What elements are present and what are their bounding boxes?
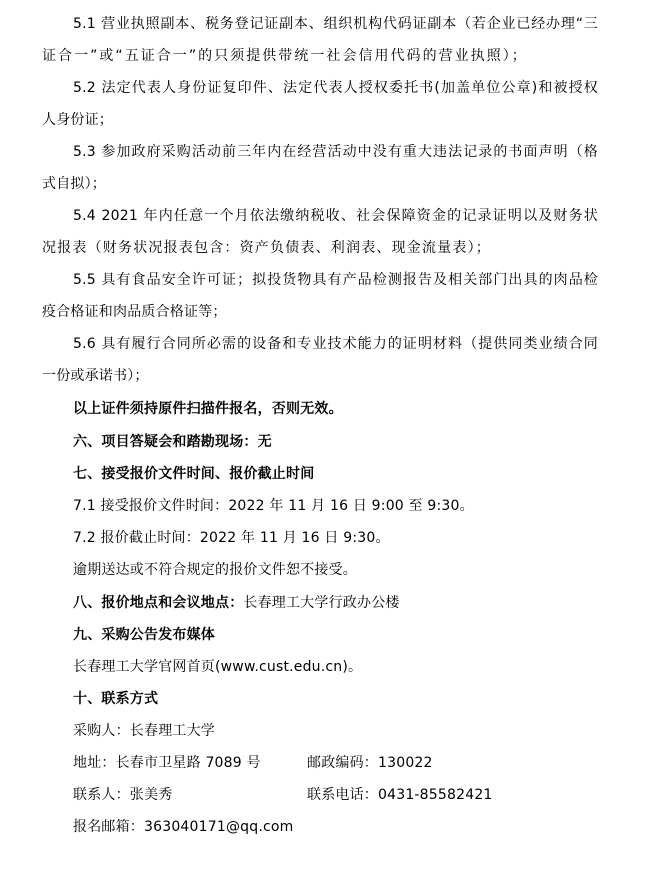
item-5-1-line1: 5.1 营业执照副本、税务登记证副本、组织机构代码证副本（若企业已经办理“三 [73, 14, 598, 34]
item-5-6-line2: 一份或承诺书）； [42, 366, 149, 386]
section-9-media: 长春理工大学官网首页(www.cust.edu.cn)。 [73, 657, 362, 677]
contact-email: 报名邮箱：363040171@qq.com [73, 817, 294, 837]
section-8-heading: 八、报价地点和会议地点： [73, 595, 243, 611]
item-5-1-line2: 证合一”或“五证合一”的只须提供带统一社会信用代码的营业执照）； [42, 46, 526, 66]
section-9-heading: 九、采购公告发布媒体 [73, 625, 215, 645]
section-8-location: 长春理工大学行政办公楼 [243, 595, 399, 611]
item-5-2-line2: 人身份证； [42, 110, 113, 130]
section-8-row: 八、报价地点和会议地点：长春理工大学行政办公楼 [73, 593, 400, 613]
contact-postcode: 邮政编码：130022 [307, 753, 433, 773]
section-6-heading: 六、项目答疑会和踏勘现场：无 [73, 432, 272, 452]
document-page: 5.1 营业执照副本、税务登记证副本、组织机构代码证副本（若企业已经办理“三 证… [0, 0, 645, 881]
item-5-2-line1: 5.2 法定代表人身份证复印件、法定代表人授权委托书(加盖单位公章)和被授权 [73, 78, 598, 98]
validity-notice: 以上证件须持原件扫描件报名，否则无效。 [73, 399, 343, 419]
item-5-3-line1: 5.3 参加政府采购活动前三年内在经营活动中没有重大违法记录的书面声明（格 [73, 142, 598, 162]
item-5-3-line2: 式自拟）； [42, 174, 106, 194]
contact-phone: 联系电话：0431-85582421 [307, 785, 493, 805]
section-7-receive-time: 7.1 接受报价文件时间：2022 年 11 月 16 日 9:00 至 9:3… [73, 496, 474, 516]
contact-address: 地址：长春市卫星路 7089 号 [73, 753, 261, 773]
contact-purchaser: 采购人：长春理工大学 [73, 721, 215, 741]
item-5-6-line1: 5.6 具有履行合同所必需的设备和专业技术能力的证明材料（提供同类业绩合同 [73, 334, 598, 354]
section-7-heading: 七、接受报价文件时间、报价截止时间 [73, 464, 314, 484]
contact-person: 联系人：张美秀 [73, 785, 172, 805]
section-10-heading: 十、联系方式 [73, 689, 158, 709]
item-5-5-line1: 5.5 具有食品安全许可证；拟投货物具有产品检测报告及相关部门出具的肉品检 [73, 270, 598, 290]
item-5-4-line2: 况报表（财务状况报表包含：资产负债表、利润表、现金流量表）； [42, 238, 490, 258]
section-7-late-notice: 逾期送达或不符合规定的报价文件恕不接受。 [73, 560, 357, 580]
item-5-5-line2: 疫合格证和肉品质合格证等； [42, 302, 227, 322]
item-5-4-line1: 5.4 2021 年内任意一个月依法缴纳税收、社会保障资金的记录证明以及财务状 [73, 206, 598, 226]
section-7-deadline: 7.2 报价截止时间：2022 年 11 月 16 日 9:30。 [73, 528, 390, 548]
